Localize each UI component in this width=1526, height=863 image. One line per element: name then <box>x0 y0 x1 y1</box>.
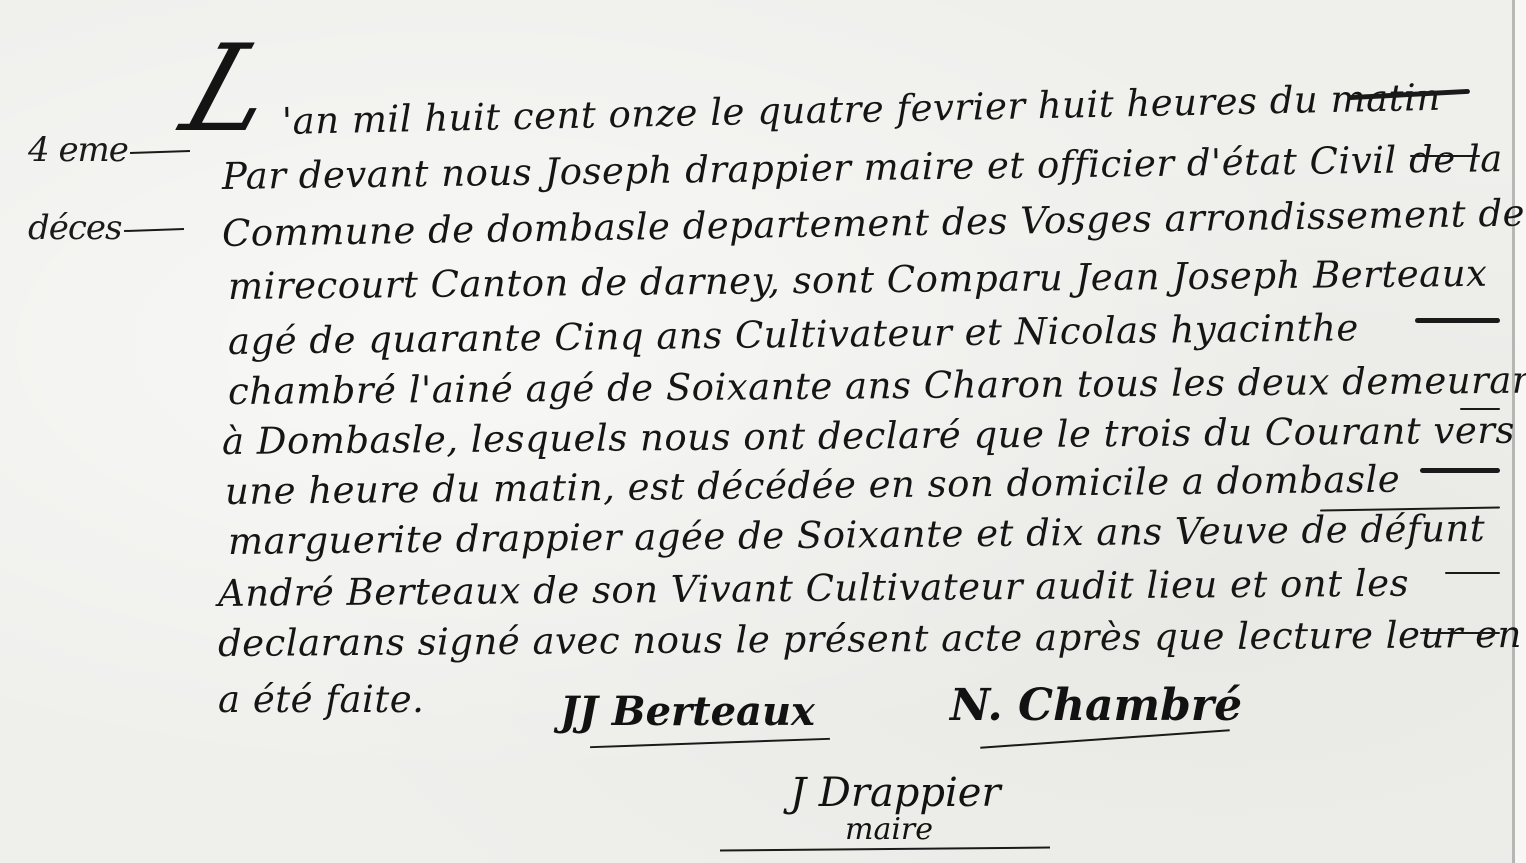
signature-underline <box>590 738 830 748</box>
signature-underline <box>720 847 1050 852</box>
line-filler-dash <box>1415 318 1500 323</box>
margin-note-line1: 4 eme <box>28 130 128 170</box>
record-line-2: Par devant nous Joseph drappier maire et… <box>222 137 1503 198</box>
record-line-11: declarans signé avec nous le présent act… <box>218 613 1522 665</box>
margin-note-dash <box>123 228 183 232</box>
margin-note-line2: déces <box>28 208 122 248</box>
record-line-12: a été faite. <box>218 678 424 721</box>
record-line-1: 'an mil huit cent onze le quatre fevrier… <box>282 76 1442 143</box>
line-filler-dash <box>1410 155 1480 157</box>
decorative-initial-letter: L <box>171 30 290 150</box>
signature-chambre: N. Chambré <box>950 680 1242 731</box>
line-filler-dash <box>1420 468 1500 473</box>
record-line-4: mirecourt Canton de darney, sont Comparu… <box>228 252 1488 308</box>
line-filler-dash <box>1460 408 1500 410</box>
record-line-3: Commune de dombasle departement des Vosg… <box>222 192 1526 255</box>
signature-berteaux: JJ Berteaux <box>560 688 815 735</box>
margin-note-type: déces <box>28 208 184 248</box>
page-right-margin <box>1515 0 1526 863</box>
record-line-8: une heure du matin, est décédée en son d… <box>225 458 1401 513</box>
signature-underline <box>980 729 1230 748</box>
record-line-6: chambré l'ainé agé de Soixante ans Charo… <box>228 358 1526 413</box>
record-line-10: André Berteaux de son Vivant Cultivateur… <box>218 562 1409 615</box>
margin-note-number: 4 eme <box>28 130 190 170</box>
record-line-7: à Dombasle, lesquels nous ont declaré qu… <box>222 409 1515 463</box>
signature-drappier: J Drappier <box>790 770 1001 816</box>
record-line-9: marguerite drappier agée de Soixante et … <box>228 507 1486 563</box>
line-filler-dash <box>1445 572 1500 574</box>
line-filler-dash <box>1420 632 1500 634</box>
scanned-document-page: 4 eme déces L 'an mil huit cent onze le … <box>0 0 1526 863</box>
record-line-5: agé de quarante Cinq ans Cultivateur et … <box>228 306 1359 363</box>
signature-role-maire: maire <box>845 812 933 847</box>
